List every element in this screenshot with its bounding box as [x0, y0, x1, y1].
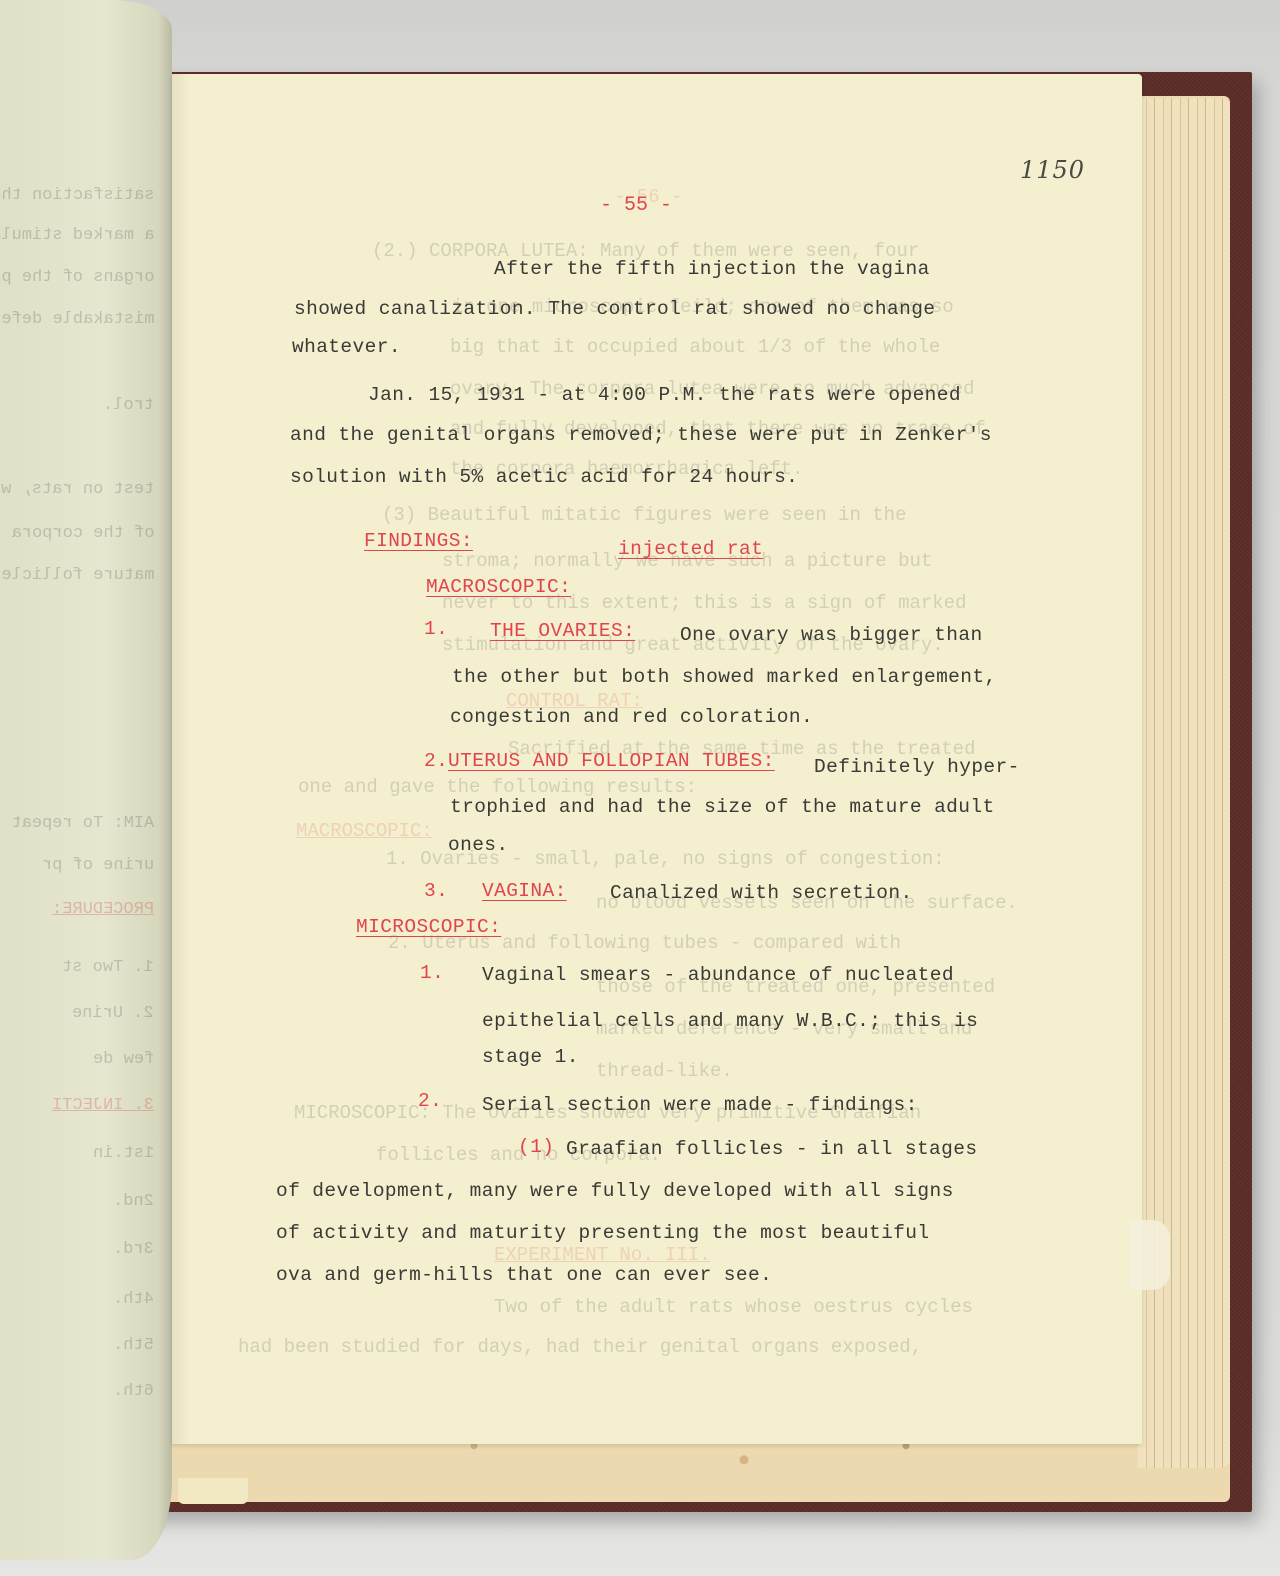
item-text: congestion and red coloration. [450, 706, 813, 728]
page-tab-marker [1130, 1220, 1170, 1290]
bleed-line: big that it occupied about 1/3 of the wh… [450, 336, 940, 358]
page-number: - 55 - [600, 194, 672, 217]
item-text: the other but both showed marked enlarge… [452, 666, 997, 688]
item-text: One ovary was bigger than [680, 624, 983, 646]
item-text: epithelial cells and many W.B.C.; this i… [482, 1010, 978, 1032]
item-number: 1. [420, 962, 444, 984]
archive-number-handwritten: 1150 [1020, 156, 1085, 184]
item-number: 1. [424, 618, 448, 640]
mirror-line: AIM: To repeat e [0, 814, 154, 833]
item-number: 2. [418, 1090, 442, 1112]
mirror-line: 3. INJECTI [52, 1096, 154, 1115]
mirror-line: 2nd. [113, 1192, 154, 1211]
item-text: ones. [448, 834, 509, 856]
text-line: showed canalization. The control rat sho… [294, 298, 935, 320]
item-text: stage 1. [482, 1046, 579, 1068]
item-text: Vaginal smears - abundance of nucleated [482, 964, 954, 986]
mirror-line: trol. [103, 396, 154, 415]
text-line: solution with 5% acetic acid for 24 hour… [290, 466, 798, 488]
item-label: VAGINA: [482, 880, 567, 902]
mirror-line: few de [93, 1050, 154, 1069]
item-text: Serial section were made - findings: [482, 1094, 918, 1116]
mirror-line: 3rd. [113, 1240, 154, 1259]
item-label: THE OVARIES: [490, 620, 635, 642]
mirror-line: satisfaction that [0, 186, 154, 205]
subitem-text: Graafian follicles - in all stages [566, 1138, 977, 1160]
paper-tab [178, 1478, 248, 1504]
findings-subject: injected rat [618, 538, 763, 560]
item-number: 3. [424, 880, 448, 902]
text-line: After the fifth injection the vagina [494, 258, 930, 280]
bleed-line: EXPERIMENT No. III. [494, 1244, 711, 1266]
bleed-line: one and gave the following results: [298, 776, 697, 798]
subitem-text: ova and germ-hills that one can ever see… [276, 1264, 772, 1286]
mirror-line: test on rats, we [0, 480, 154, 499]
bleed-line: (3) Beautiful mitatic figures were seen … [382, 504, 907, 526]
text-line: and the genital organs removed; these we… [290, 424, 992, 446]
item-label: UTERUS AND FOLLOPIAN TUBES: [448, 750, 775, 772]
mirror-line: of the corpora ha [0, 524, 154, 543]
findings-heading: FINDINGS: [364, 530, 473, 552]
mirror-line: 6th. [113, 1382, 154, 1401]
item-text: trophied and had the size of the mature … [450, 796, 995, 818]
macroscopic-heading: MACROSCOPIC: [426, 576, 571, 598]
subitem-number: (1) [518, 1136, 554, 1158]
item-number: 2. [424, 750, 448, 772]
text-line: Jan. 15, 1931 - at 4:00 P.M. the rats we… [368, 384, 961, 406]
subitem-text: of activity and maturity presenting the … [276, 1222, 930, 1244]
mirror-line: 5th. [113, 1336, 154, 1355]
microscopic-heading: MICROSCOPIC: [356, 916, 501, 938]
mirror-line: a marked stimulat [0, 226, 154, 245]
bleed-line: Two of the adult rats whose oestrus cycl… [494, 1296, 973, 1318]
item-text: Definitely hyper- [814, 756, 1020, 778]
item-text: Canalized with secretion. [610, 882, 913, 904]
subitem-text: of development, many were fully develope… [276, 1180, 954, 1202]
mirror-line: 4th. [113, 1290, 154, 1309]
left-page: satisfaction that a marked stimulat orga… [0, 0, 172, 1560]
bleed-line: MACROSCOPIC: [296, 820, 433, 842]
mirror-line: mistakable defere [0, 310, 154, 329]
mirror-line: urine of pr [42, 856, 154, 875]
mirror-line: organs of the pre [0, 268, 154, 287]
mirror-line: 1. Two st [62, 958, 154, 977]
text-line: whatever. [292, 336, 401, 358]
bleed-line: thread-like. [596, 1060, 733, 1082]
mirror-line: PROCEDURE: [52, 900, 154, 919]
bleed-line: had been studied for days, had their gen… [238, 1336, 922, 1358]
mirror-line: 2. Urine [72, 1004, 154, 1023]
mirror-line: 1st.in [93, 1144, 154, 1163]
mirror-line: mature follicles. [0, 566, 154, 585]
